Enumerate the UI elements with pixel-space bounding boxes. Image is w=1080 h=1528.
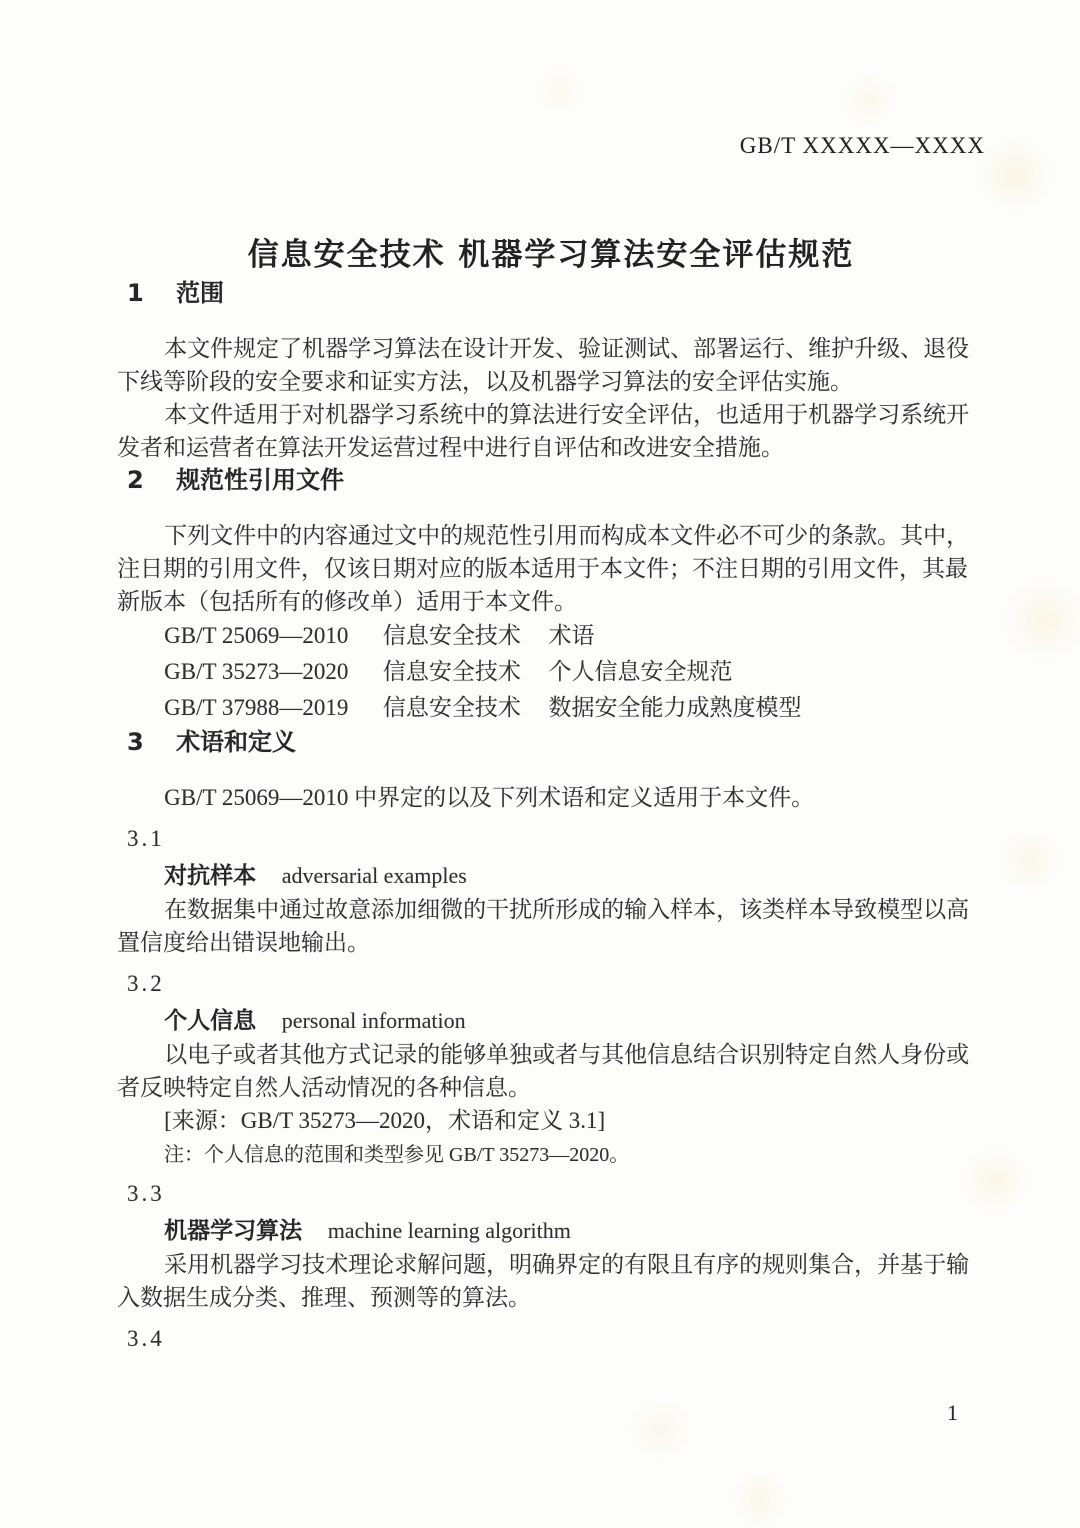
term-entry-3-4: 3.4	[117, 1322, 985, 1355]
term-definition: 采用机器学习技术理论求解问题，明确界定的有限且有序的规则集合，并基于输入数据生成…	[117, 1248, 985, 1314]
term-title: 机器学习算法 machine learning algorithm	[117, 1214, 985, 1248]
scope-paragraph-2: 本文件适用于对机器学习系统中的算法进行安全评估，也适用于机器学习系统开发者和运营…	[117, 398, 985, 464]
page-number: 1	[947, 1400, 958, 1426]
section-number: 2	[127, 466, 144, 494]
reference-field: 信息安全技术	[383, 695, 521, 720]
document-title: 信息安全技术 机器学习算法安全评估规范	[117, 233, 985, 277]
term-source: [来源：GB/T 35273—2020，术语和定义 3.1]	[117, 1104, 985, 1137]
references-intro: 下列文件中的内容通过文中的规范性引用而构成本文件必不可少的条款。其中，注日期的引…	[117, 519, 985, 618]
section-heading-scope: 1 范围	[117, 277, 985, 310]
reference-item: GB/T 37988—2019 信息安全技术 数据安全能力成熟度模型	[117, 690, 985, 726]
section-label: 范围	[176, 279, 224, 307]
page-content: GB/T XXXXX—XXXX 信息安全技术 机器学习算法安全评估规范 1 范围…	[117, 0, 985, 1355]
reference-field: 信息安全技术	[383, 659, 521, 684]
reference-name: 数据安全能力成熟度模型	[548, 695, 801, 720]
section-heading-normative-references: 2 规范性引用文件	[117, 464, 985, 497]
term-note: 注：个人信息的范围和类型参见 GB/T 35273—2020。	[117, 1141, 985, 1169]
term-entry-3-2: 3.2 个人信息 personal information 以电子或者其他方式记…	[117, 967, 985, 1169]
document-page: GB/T XXXXX—XXXX 信息安全技术 机器学习算法安全评估规范 1 范围…	[0, 0, 1080, 1528]
term-zh: 机器学习算法	[164, 1218, 302, 1244]
reference-code: GB/T 25069—2010	[164, 623, 348, 648]
reference-code: GB/T 37988—2019	[164, 695, 348, 720]
term-definition: 以电子或者其他方式记录的能够单独或者与其他信息结合识别特定自然人身份或者反映特定…	[117, 1038, 985, 1104]
section-heading-terms: 3 术语和定义	[117, 726, 985, 759]
term-en: machine learning algorithm	[328, 1218, 571, 1243]
terms-intro: GB/T 25069—2010 中界定的以及下列术语和定义适用于本文件。	[117, 781, 985, 814]
term-id: 3.1	[117, 822, 985, 855]
term-id: 3.2	[117, 967, 985, 1000]
standard-code: GB/T XXXXX—XXXX	[117, 131, 985, 161]
term-en: personal information	[282, 1008, 466, 1033]
reference-code: GB/T 35273—2020	[164, 659, 348, 684]
reference-field: 信息安全技术	[383, 623, 521, 648]
section-label: 规范性引用文件	[176, 466, 344, 494]
term-zh: 个人信息	[164, 1008, 256, 1034]
reference-name: 个人信息安全规范	[548, 659, 732, 684]
term-entry-3-1: 3.1 对抗样本 adversarial examples 在数据集中通过故意添…	[117, 822, 985, 959]
term-definition: 在数据集中通过故意添加细微的干扰所形成的输入样本，该类样本导致模型以高置信度给出…	[117, 893, 985, 959]
section-number: 3	[127, 728, 144, 756]
term-title: 对抗样本 adversarial examples	[117, 859, 985, 893]
section-label: 术语和定义	[176, 728, 296, 756]
term-id: 3.4	[117, 1322, 985, 1355]
reference-name: 术语	[548, 623, 594, 648]
reference-item: GB/T 25069—2010 信息安全技术 术语	[117, 618, 985, 654]
reference-item: GB/T 35273—2020 信息安全技术 个人信息安全规范	[117, 654, 985, 690]
term-zh: 对抗样本	[164, 863, 256, 889]
term-en: adversarial examples	[282, 863, 467, 888]
section-number: 1	[127, 279, 144, 307]
term-title: 个人信息 personal information	[117, 1004, 985, 1038]
term-entry-3-3: 3.3 机器学习算法 machine learning algorithm 采用…	[117, 1177, 985, 1314]
scope-paragraph-1: 本文件规定了机器学习算法在设计开发、验证测试、部署运行、维护升级、退役下线等阶段…	[117, 332, 985, 398]
term-id: 3.3	[117, 1177, 985, 1210]
